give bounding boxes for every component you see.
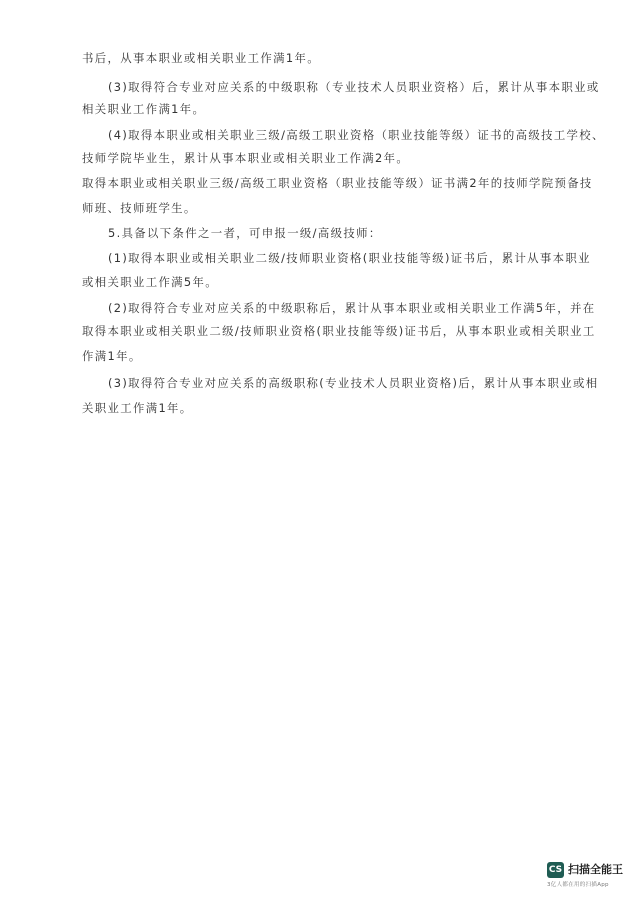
text-line: 作满1年。 — [82, 349, 562, 363]
text-line: (3)取得符合专业对应关系的中级职称（专业技术人员职业资格）后，累计从事本职业或 — [108, 80, 588, 94]
scanned-document-page: 书后，从事本职业或相关职业工作满1年。 (3)取得符合专业对应关系的中级职称（专… — [0, 0, 636, 900]
text-line: 师班、技师班学生。 — [82, 201, 562, 215]
text-line: 书后，从事本职业或相关职业工作满1年。 — [82, 51, 562, 65]
text-line: 取得本职业或相关职业三级/高级工职业资格（职业技能等级）证书满2年的技师学院预备… — [82, 176, 562, 190]
text-line: (3)取得符合专业对应关系的高级职称(专业技术人员职业资格)后，累计从事本职业或… — [108, 376, 588, 390]
watermark-tagline: 3亿人都在用的扫描App — [547, 881, 609, 889]
text-line: 技师学院毕业生，累计从事本职业或相关职业工作满2年。 — [82, 151, 562, 165]
camscanner-logo-icon: CS — [547, 862, 564, 878]
watermark-app-name: 扫描全能王 — [568, 862, 623, 878]
section-heading: 5.具备以下条件之一者，可申报一级/高级技师： — [108, 226, 588, 240]
text-line: (2)取得符合专业对应关系的中级职称后，累计从事本职业或相关职业工作满5年，并在 — [108, 301, 588, 315]
scanner-app-watermark: CS 扫描全能王 3亿人都在用的扫描App — [547, 862, 633, 894]
text-line: 或相关职业工作满5年。 — [82, 275, 562, 289]
text-line: 关职业工作满1年。 — [82, 401, 562, 415]
text-line: 取得本职业或相关职业二级/技师职业资格(职业技能等级)证书后，从事本职业或相关职… — [82, 324, 562, 338]
text-line: (4)取得本职业或相关职业三级/高级工职业资格（职业技能等级）证书的高级技工学校… — [108, 128, 588, 142]
text-line: 相关职业工作满1年。 — [82, 102, 562, 116]
text-line: (1)取得本职业或相关职业二级/技师职业资格(职业技能等级)证书后，累计从事本职… — [108, 251, 588, 265]
